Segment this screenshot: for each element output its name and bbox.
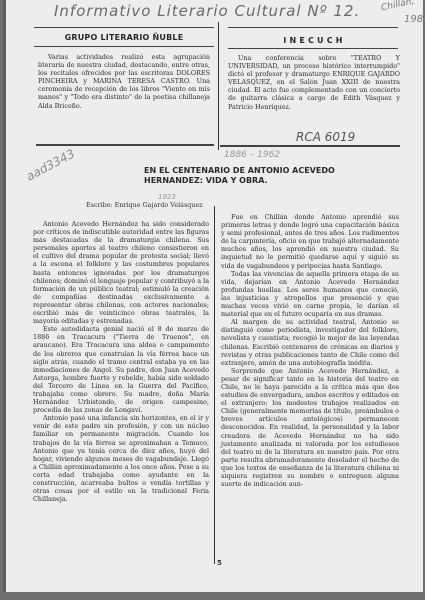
- article-paragraph: Fue en Chillán donde Antonio aprendió su…: [221, 213, 399, 270]
- section-text: Varias actividades realizó esta agrupaci…: [38, 53, 210, 110]
- article-paragraph: Este autodidacta genial nació el 8 de ma…: [33, 325, 209, 414]
- column-divider-article: [214, 206, 215, 564]
- section-body-grupo-literario: Varias actividades realizó esta agrupaci…: [38, 53, 210, 110]
- article-paragraph: Antonio pasó una infancia sin horizontes…: [33, 414, 209, 503]
- article-right-column: Fue en Chillán donde Antonio aprendió su…: [221, 213, 399, 488]
- article-paragraph: Sorprende que Antonio Acevedo Hernández,…: [221, 367, 399, 488]
- handwritten-year: 1986: [404, 14, 425, 25]
- article-paragraph: Antonio Acevedo Hernández ha sido consid…: [33, 220, 209, 325]
- article-title: EN EL CENTENARIO DE ANTONIO ACEVEDO HERN…: [144, 166, 344, 186]
- article-paragraph: Al margen de su actividad teatral, Anton…: [221, 318, 399, 367]
- section-body-inecuch: Una conferencia sobre "TEATRO Y UNIVERSI…: [228, 54, 400, 111]
- article-left-column: Antonio Acevedo Hernández ha sido consid…: [33, 220, 209, 503]
- handwritten-city: Chillán,: [380, 0, 415, 13]
- handwritten-header: Informativo Literario Cultural Nº 12.: [54, 2, 360, 20]
- section-heading-inecuch: I N E C U C H: [228, 36, 398, 45]
- handwritten-note-year: 1923: [158, 193, 176, 201]
- article-title-line-2: HERNANDEZ: VIDA Y OBRA.: [144, 176, 344, 186]
- section-heading-grupo-literario: GRUPO LITERARIO ÑUBLE: [34, 33, 214, 42]
- scanned-page: Informativo Literario Cultural Nº 12. Ch…: [3, 0, 423, 592]
- handwritten-lifespan: 1886 – 1962: [224, 150, 280, 160]
- column-divider-top: [218, 22, 219, 150]
- article-title-line-1: EN EL CENTENARIO DE ANTONIO ACEVEDO: [144, 166, 344, 176]
- rule-right-bottom: [220, 145, 400, 147]
- article-byline: Escribe: Enrique Gajardo Velásquez: [86, 201, 203, 209]
- handwritten-catalog-code: aad3343: [24, 146, 77, 183]
- page-number: 5: [217, 559, 222, 567]
- rule-right-under-heading: [228, 48, 398, 49]
- rule-right-top: [228, 27, 398, 28]
- rule-left-bottom: [36, 144, 214, 146]
- section-text: Una conferencia sobre "TEATRO Y UNIVERSI…: [228, 54, 400, 111]
- rule-left-under-heading: [34, 46, 214, 47]
- article-paragraph: Todas las vivencias de aquella primera e…: [221, 270, 399, 319]
- rule-left-top: [34, 27, 214, 28]
- handwritten-catalog-rca: RCA 6019: [296, 130, 355, 144]
